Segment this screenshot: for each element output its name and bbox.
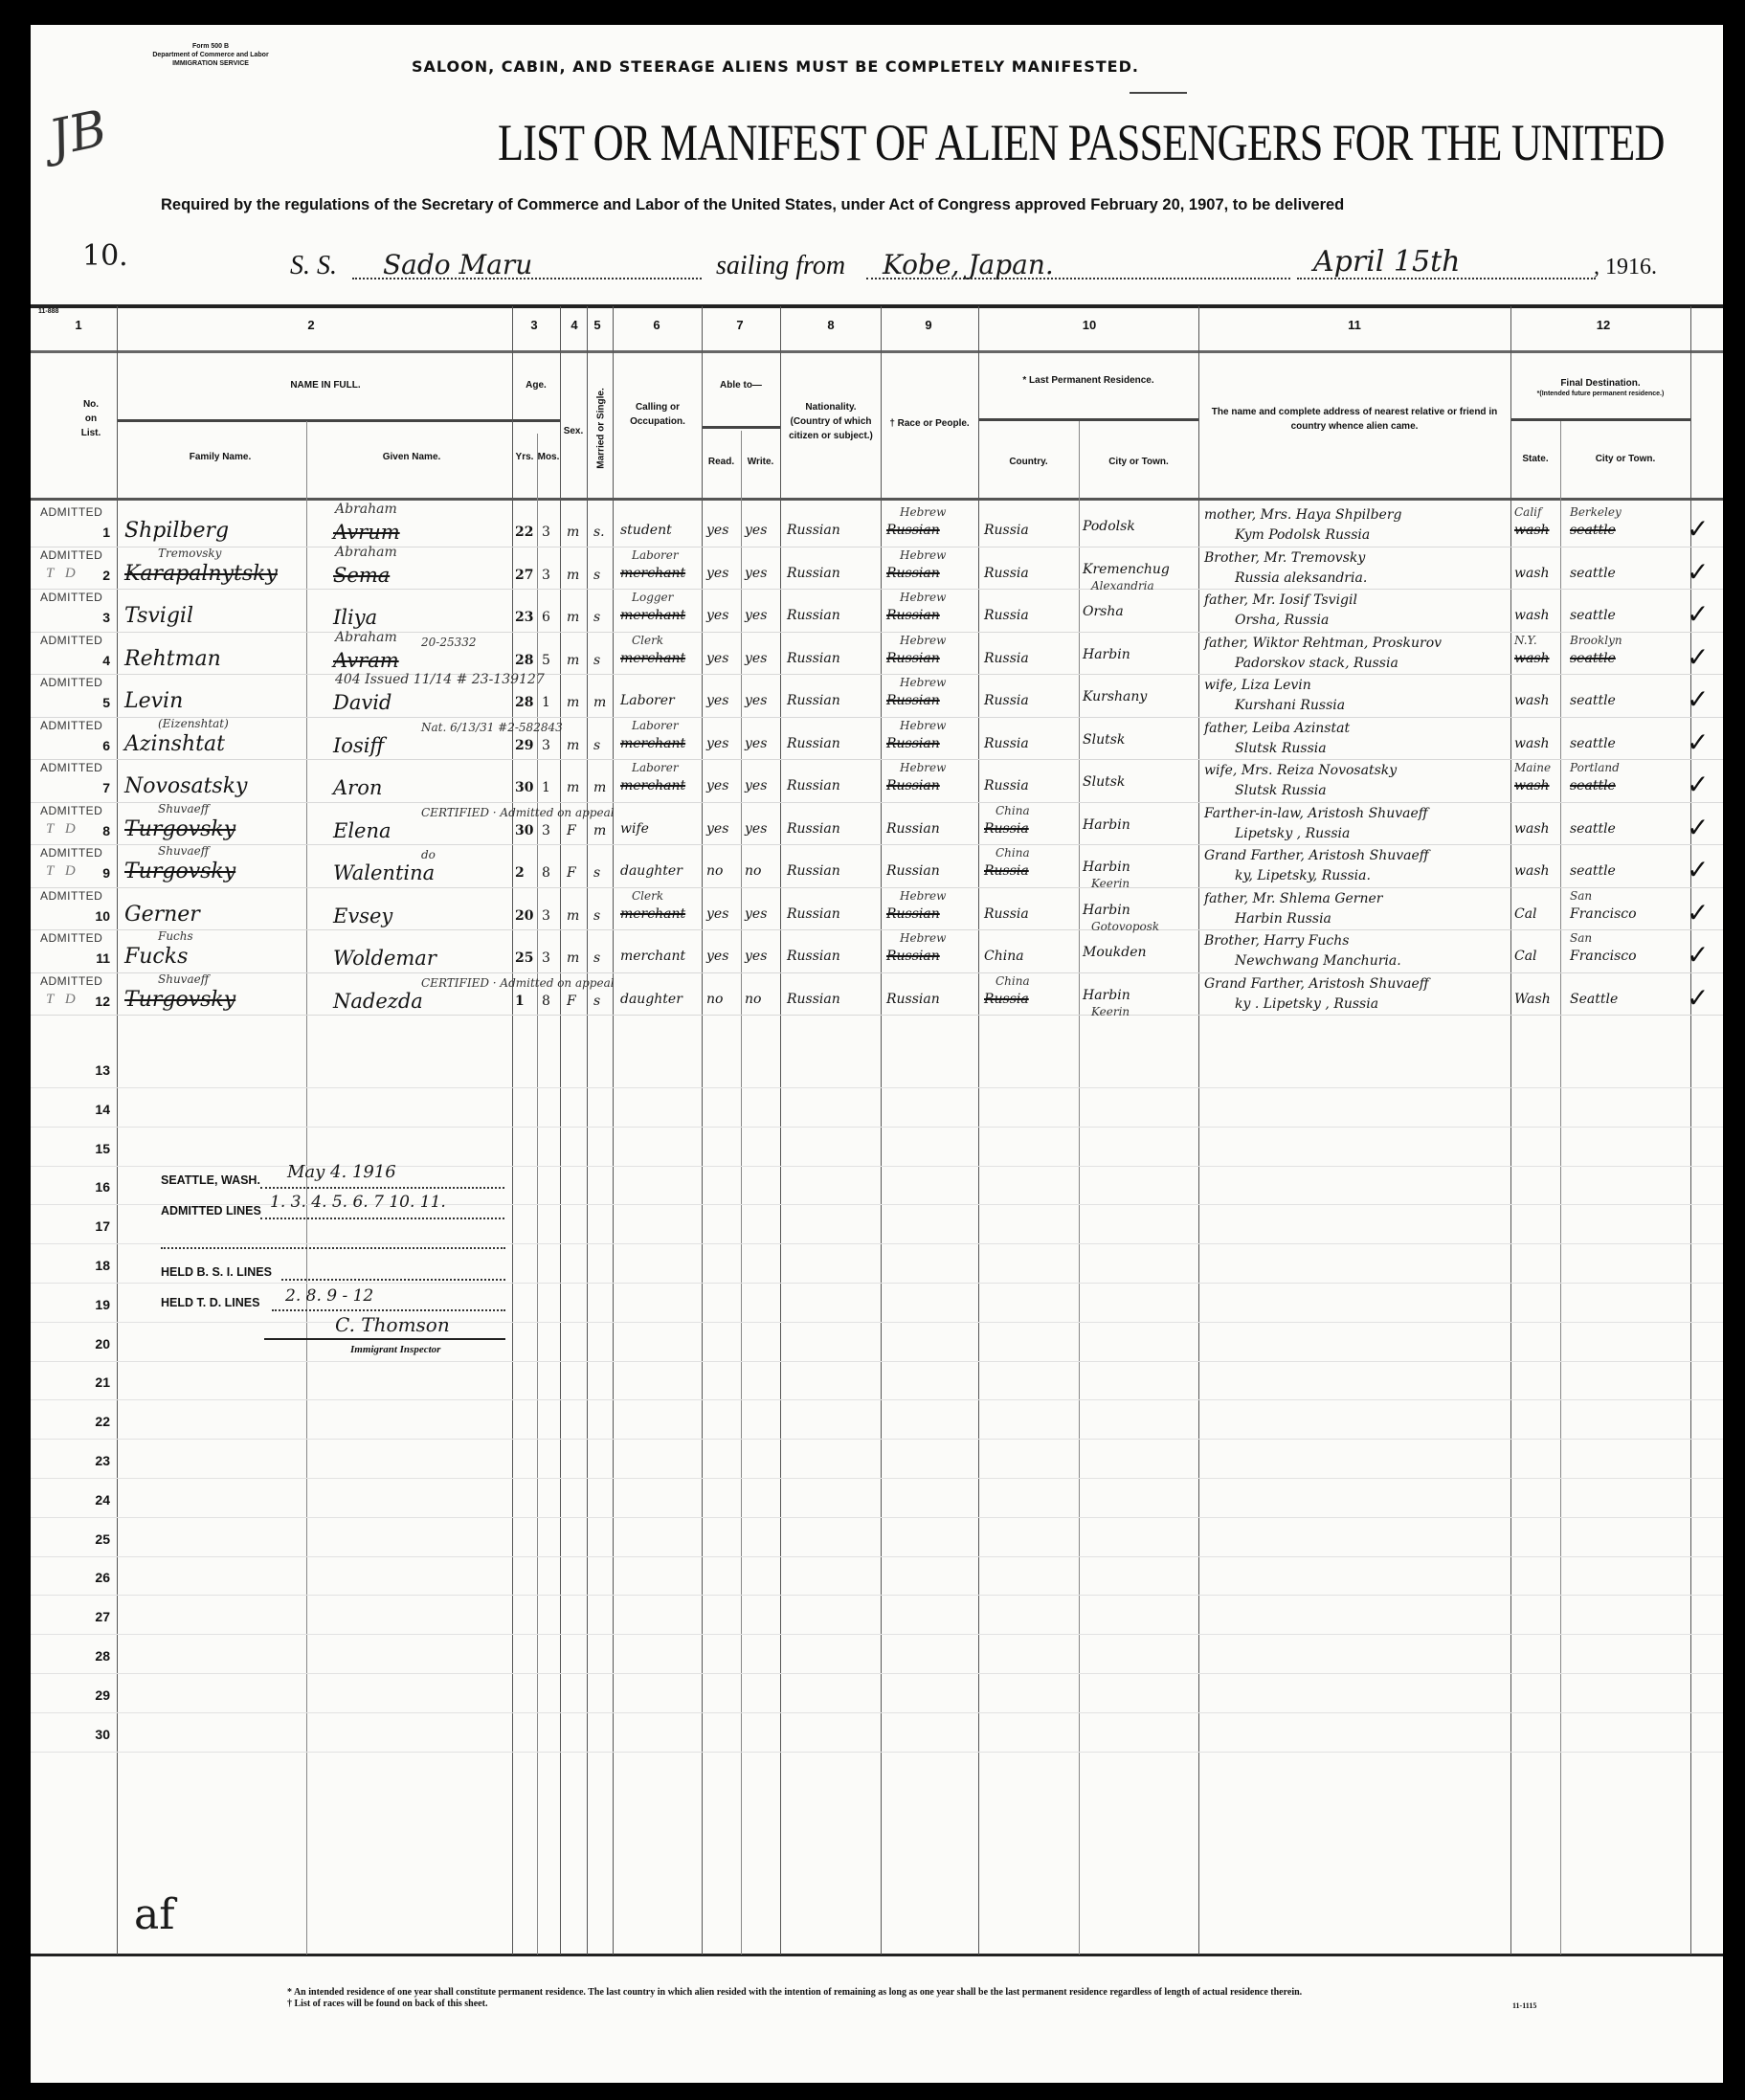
occupation: merchant: [620, 566, 685, 581]
destination-city-correction: Berkeley: [1570, 505, 1622, 519]
header-age: Age.: [512, 378, 560, 392]
destination-state: wash: [1514, 821, 1550, 837]
line-number: 20: [81, 1336, 110, 1352]
line-number: 18: [81, 1258, 110, 1273]
relative-address: Slutsk Russia: [1235, 741, 1327, 756]
row-divider: [31, 547, 1723, 547]
check-mark-icon: ✓: [1687, 939, 1709, 971]
row-divider: [31, 1673, 1723, 1674]
line-number: 19: [81, 1297, 110, 1312]
race: Russian: [886, 523, 940, 538]
destination-city-correction: Portland: [1570, 761, 1620, 774]
col-divider: [881, 306, 882, 1955]
sex: m: [567, 695, 579, 710]
status-stamp: ADMITTED: [40, 931, 102, 945]
table-top-border: [31, 304, 1723, 308]
age-years: 29: [515, 738, 533, 753]
column-number: 3: [525, 318, 544, 332]
race: Russian: [886, 949, 940, 964]
header-given-name: Given Name.: [354, 450, 469, 464]
sex: m: [567, 525, 579, 540]
col-divider: [978, 306, 979, 1955]
family-name: Shpilberg: [124, 519, 229, 543]
line-number: 24: [81, 1492, 110, 1508]
sex: m: [567, 610, 579, 625]
can-read: yes: [706, 906, 728, 922]
race: Russian: [886, 651, 940, 666]
check-mark-icon: ✓: [1687, 812, 1709, 843]
destination-city: seattle: [1570, 821, 1616, 837]
row-divider: [31, 759, 1723, 760]
destination-state: Cal: [1514, 906, 1537, 922]
line-number: 23: [81, 1453, 110, 1468]
residence-city: Moukden: [1083, 945, 1147, 960]
relative-address: ky . Lipetsky , Russia: [1235, 996, 1378, 1012]
manifest-banner: SALOON, CABIN, AND STEERAGE ALIENS MUST …: [412, 57, 1139, 76]
line-number: 30: [81, 1727, 110, 1742]
row-divider: [31, 929, 1723, 930]
residence-city: Harbin: [1083, 988, 1130, 1003]
held-td-label: HELD T. D. LINES: [161, 1296, 259, 1309]
header-yrs: Yrs.: [512, 450, 537, 464]
check-mark-icon: ✓: [1687, 513, 1709, 545]
header-calling: Calling or Occupation.: [620, 400, 695, 429]
relative-name: Grand Farther, Aristosh Shuvaeff: [1204, 976, 1429, 992]
row-divider: [31, 1399, 1723, 1400]
occupation: merchant: [620, 651, 685, 666]
age-years: 2: [515, 865, 525, 881]
name-subheader-rule: [117, 419, 560, 422]
can-read: yes: [706, 608, 728, 623]
destination-city-correction: Brooklyn: [1570, 634, 1622, 647]
sex: F: [567, 865, 576, 881]
row-divider: [31, 1283, 1723, 1284]
age-years: 22: [515, 525, 533, 540]
age-months: 3: [542, 525, 550, 540]
status-stamp: ADMITTED: [40, 889, 102, 903]
age-months: 3: [542, 950, 550, 966]
relative-name: Farther-in-law, Aristosh Shuvaeff: [1204, 806, 1428, 821]
age-months: 3: [542, 908, 550, 924]
status-stamp: ADMITTED: [40, 634, 102, 647]
occupation: merchant: [620, 949, 685, 964]
able-to-subheader-rule: [702, 426, 780, 429]
given-name: Evsey: [333, 905, 392, 927]
given-name: Walentina: [333, 861, 435, 884]
header-nationality-label: Nationality.: [783, 400, 879, 414]
port-date: May 4. 1916: [287, 1162, 396, 1182]
race: Russian: [886, 863, 940, 879]
row-divider: [31, 1243, 1723, 1244]
line-number: 1: [81, 525, 110, 540]
race: Russian: [886, 693, 940, 708]
can-write: yes: [745, 821, 767, 837]
age-years: 30: [515, 780, 533, 795]
marital-status: m: [593, 780, 606, 795]
sex: m: [567, 780, 579, 795]
annotation: do: [421, 848, 436, 861]
line-number: 17: [81, 1218, 110, 1234]
occupation: merchant: [620, 906, 685, 922]
residence-city-note: Alexandria: [1091, 579, 1154, 592]
age-years: 28: [515, 695, 533, 710]
can-read: yes: [706, 651, 728, 666]
col-divider: [1079, 421, 1080, 1955]
occupation: wife: [620, 821, 649, 837]
age-months: 3: [542, 738, 550, 753]
col-divider: [613, 306, 614, 1955]
line-number: 22: [81, 1414, 110, 1429]
admitted-lines-extra: [161, 1247, 505, 1249]
check-mark-icon: ✓: [1687, 854, 1709, 885]
row-divider: [31, 589, 1723, 590]
age-months: 1: [542, 695, 550, 710]
line-number: 9: [81, 865, 110, 881]
relative-name: father, Wiktor Rehtman, Proskurov: [1204, 636, 1442, 651]
can-read: yes: [706, 778, 728, 793]
occupation-correction: Clerk: [632, 634, 663, 647]
country-correction: China: [996, 804, 1030, 817]
status-stamp: ADMITTED: [40, 719, 102, 732]
residence-city: Harbin: [1083, 903, 1130, 918]
residence-country: Russia: [984, 651, 1029, 666]
residence-country: Russia: [984, 992, 1029, 1007]
marital-status: s.: [593, 525, 605, 540]
column-number: 1: [59, 318, 98, 332]
form-number: Form 500 B: [124, 42, 297, 51]
sailing-from-port: Kobe, Japan.: [883, 249, 1054, 280]
line-number: 25: [81, 1531, 110, 1547]
status-stamp: ADMITTED: [40, 591, 102, 604]
row-divider: [31, 632, 1723, 633]
residence-country: China: [984, 949, 1024, 964]
can-read: no: [706, 992, 723, 1007]
can-read: yes: [706, 949, 728, 964]
family-name: Turgovsky: [124, 988, 235, 1012]
race: Russian: [886, 566, 940, 581]
given-name: Woldemar: [333, 947, 436, 970]
residence-city: Slutsk: [1083, 774, 1125, 790]
sailing-year: , 1916.: [1594, 255, 1657, 280]
residence-country: Russia: [984, 821, 1029, 837]
row-divider: [31, 1166, 1723, 1167]
race-correction: Hebrew: [900, 548, 946, 562]
admitted-lines-label: ADMITTED LINES: [161, 1204, 261, 1218]
can-read: yes: [706, 523, 728, 538]
header-dest-city: City or Town.: [1560, 452, 1690, 466]
destination-city: seattle: [1570, 523, 1616, 538]
row-divider: [31, 717, 1723, 718]
residence-city: Slutsk: [1083, 732, 1125, 748]
destination-city-correction: San: [1570, 931, 1592, 945]
given-name: Aron: [333, 776, 382, 799]
col-divider: [512, 306, 513, 1955]
marital-status: s: [593, 865, 600, 881]
held-td-line: [272, 1309, 505, 1311]
margin-initials: JB: [44, 101, 111, 168]
row-divider: [31, 1015, 1723, 1016]
family-name: Fucks: [124, 945, 188, 969]
given-name: Nadezda: [333, 990, 423, 1013]
occupation: merchant: [620, 736, 685, 751]
held-bsi-line: [281, 1279, 505, 1281]
relative-address: Padorskov stack, Russia: [1235, 656, 1398, 671]
header-write: Write.: [741, 455, 780, 469]
residence-subheader-rule: [978, 418, 1198, 421]
can-read: yes: [706, 693, 728, 708]
line-number: 4: [81, 653, 110, 668]
given-name: Avrum: [333, 521, 400, 544]
sex: m: [567, 950, 579, 966]
destination-city: seattle: [1570, 778, 1616, 793]
status-stamp: ADMITTED: [40, 676, 102, 689]
given-name: Avram: [333, 649, 399, 672]
column-number: 7: [730, 318, 749, 332]
destination-city: seattle: [1570, 608, 1616, 623]
relative-address: Slutsk Russia: [1235, 783, 1327, 798]
row-divider: [31, 1439, 1723, 1440]
line-number: 2: [81, 568, 110, 583]
age-years: 28: [515, 653, 533, 668]
race: Russian: [886, 778, 940, 793]
given-name: Iosiff: [333, 734, 384, 757]
row-divider: [31, 1752, 1723, 1753]
country-correction: China: [996, 846, 1030, 860]
race-correction: Hebrew: [900, 719, 946, 732]
age-years: 25: [515, 950, 533, 966]
given-name: Iliya: [333, 606, 377, 629]
header-final-destination-note: *(Intended future permanent residence.): [1510, 391, 1690, 398]
column-number: 11: [1340, 318, 1369, 332]
marital-status: s: [593, 908, 600, 924]
age-months: 3: [542, 823, 550, 838]
occupation: Laborer: [620, 693, 675, 708]
destination-state: wash: [1514, 736, 1550, 751]
status-stamp: ADMITTED: [40, 505, 102, 519]
destination-state: Cal: [1514, 949, 1537, 964]
can-read: no: [706, 863, 723, 879]
residence-country: Russia: [984, 778, 1029, 793]
race-correction: Hebrew: [900, 676, 946, 689]
relative-name: wife, Liza Levin: [1204, 678, 1311, 693]
line-number: 15: [81, 1141, 110, 1156]
family-name: Rehtman: [124, 647, 221, 671]
header-no-on-list: No. on List.: [77, 397, 105, 440]
residence-city: Orsha: [1083, 604, 1124, 619]
column-number: 8: [821, 318, 840, 332]
ship-name: Sado Maru: [383, 249, 532, 280]
nationality: Russian: [787, 778, 840, 793]
annotation: 20-25332: [421, 636, 477, 649]
td-stamp: T D: [46, 566, 79, 582]
relative-name: Grand Farther, Aristosh Shuvaeff: [1204, 848, 1429, 863]
residence-country: Russia: [984, 906, 1029, 922]
marital-status: s: [593, 610, 600, 625]
occupation: daughter: [620, 863, 682, 879]
can-write: yes: [745, 949, 767, 964]
row-divider: [31, 1712, 1723, 1713]
nationality: Russian: [787, 693, 840, 708]
header-country: Country.: [978, 455, 1079, 469]
inspector-signature: C. Thomson: [335, 1313, 450, 1336]
can-write: yes: [745, 651, 767, 666]
column-number: 12: [1589, 318, 1618, 332]
relative-address: Orsha, Russia: [1235, 613, 1329, 628]
destination-city: seattle: [1570, 651, 1616, 666]
sex: m: [567, 738, 579, 753]
check-mark-icon: ✓: [1687, 641, 1709, 673]
column-number-divider: [31, 350, 1723, 353]
status-stamp: ADMITTED: [40, 761, 102, 774]
family-name-correction: Tremovsky: [158, 547, 221, 560]
given-name-correction: Abraham: [335, 630, 397, 645]
relative-address: Newchwang Manchuria.: [1235, 953, 1401, 969]
line-number: 5: [81, 695, 110, 710]
sheet-number: 10.: [82, 239, 128, 273]
annotation: Nat. 6/13/31 #2-582843: [421, 721, 563, 734]
state-correction: N.Y.: [1514, 634, 1537, 647]
header-race: † Race or People.: [883, 416, 976, 431]
relative-address: ky, Lipetsky, Russia.: [1235, 868, 1371, 883]
destination-city: Francisco: [1570, 906, 1637, 922]
row-divider: [31, 887, 1723, 888]
occupation-correction: Laborer: [632, 548, 679, 562]
race: Russian: [886, 992, 940, 1007]
col-divider: [537, 434, 538, 1955]
family-name: Azinshtat: [124, 732, 225, 756]
col-divider: [117, 306, 118, 1955]
line-number: 28: [81, 1648, 110, 1664]
col-divider: [780, 306, 781, 1955]
row-divider: [31, 1556, 1723, 1557]
relative-name: wife, Mrs. Reiza Novosatsky: [1204, 763, 1397, 778]
header-able-to: Able to—: [702, 378, 780, 392]
given-name-correction: 404 Issued 11/14 # 23-139127: [335, 672, 545, 687]
occupation: merchant: [620, 608, 685, 623]
line-number: 3: [81, 610, 110, 625]
occupation: merchant: [620, 778, 685, 793]
line-number: 21: [81, 1374, 110, 1390]
age-months: 3: [542, 568, 550, 583]
header-read: Read.: [702, 455, 741, 469]
td-stamp: T D: [46, 863, 79, 880]
residence-city: Harbin: [1083, 817, 1130, 833]
row-divider: [31, 674, 1723, 675]
row-divider: [31, 1478, 1723, 1479]
age-years: 27: [515, 568, 533, 583]
residence-country: Russia: [984, 608, 1029, 623]
race-correction: Hebrew: [900, 634, 946, 647]
destination-state: Wash: [1514, 992, 1551, 1007]
can-write: no: [745, 863, 761, 879]
can-write: yes: [745, 906, 767, 922]
page-title: LIST OR MANIFEST OF ALIEN PASSENGERS FOR…: [498, 113, 1665, 172]
age-months: 8: [542, 865, 550, 881]
sex: F: [567, 823, 576, 838]
sex: m: [567, 908, 579, 924]
residence-city-note: Keerin: [1091, 1005, 1130, 1018]
form-service: IMMIGRATION SERVICE: [124, 59, 297, 68]
nationality: Russian: [787, 566, 840, 581]
line-number: 29: [81, 1687, 110, 1703]
family-name-correction: Fuchs: [158, 929, 193, 943]
row-divider: [31, 802, 1723, 803]
admitted-lines-line: [260, 1218, 504, 1219]
line-number: 16: [81, 1179, 110, 1195]
row-divider: [31, 844, 1723, 845]
check-mark-icon: ✓: [1687, 769, 1709, 800]
residence-country: Russia: [984, 523, 1029, 538]
family-name: Tsvigil: [124, 604, 193, 628]
relative-address: Harbin Russia: [1235, 911, 1331, 927]
status-stamp: ADMITTED: [40, 548, 102, 562]
age-months: 5: [542, 653, 550, 668]
race: Russian: [886, 608, 940, 623]
status-stamp: ADMITTED: [40, 804, 102, 817]
bottom-mark: af: [134, 1890, 175, 1939]
destination-state: wash: [1514, 523, 1550, 538]
nationality: Russian: [787, 863, 840, 879]
race: Russian: [886, 736, 940, 751]
divider: [1130, 92, 1187, 94]
relative-name: Brother, Harry Fuchs: [1204, 933, 1349, 949]
marital-status: s: [593, 568, 600, 583]
line-number: 7: [81, 780, 110, 795]
family-name: Gerner: [124, 903, 200, 927]
page-subtitle: Required by the regulations of the Secre…: [161, 196, 1344, 214]
col-divider: [702, 306, 703, 1955]
residence-city: Kremenchug: [1083, 562, 1170, 577]
td-stamp: T D: [46, 821, 79, 838]
check-mark-icon: ✓: [1687, 556, 1709, 588]
destination-state: wash: [1514, 651, 1550, 666]
top-left-code: 11-888: [38, 308, 58, 315]
column-number: 9: [919, 318, 938, 332]
given-name: Elena: [333, 819, 392, 842]
age-years: 20: [515, 908, 533, 924]
sex: m: [567, 568, 579, 583]
port-date-line: [260, 1187, 504, 1189]
marital-status: s: [593, 653, 600, 668]
line-number: 8: [81, 823, 110, 838]
header-mos: Mos.: [537, 450, 560, 464]
can-write: yes: [745, 566, 767, 581]
destination-city: Seattle: [1570, 992, 1618, 1007]
race-correction: Hebrew: [900, 931, 946, 945]
relative-address: Lipetsky , Russia: [1235, 826, 1350, 841]
destination-state: wash: [1514, 778, 1550, 793]
header-relative: The name and complete address of nearest…: [1206, 405, 1503, 434]
header-city: City or Town.: [1079, 455, 1198, 469]
family-name: Karapalnytsky: [124, 562, 278, 586]
age-years: 30: [515, 823, 533, 838]
status-stamp: ADMITTED: [40, 974, 102, 988]
admitted-lines-value: 1. 3. 4. 5. 6. 7 10. 11.: [270, 1193, 446, 1212]
relative-name: Brother, Mr. Tremovsky: [1204, 550, 1365, 566]
residence-city: Kurshany: [1083, 689, 1147, 704]
residence-country: Russia: [984, 863, 1029, 879]
footnote-races: † List of races will be found on back of…: [287, 1999, 487, 2009]
can-write: no: [745, 992, 761, 1007]
can-write: yes: [745, 523, 767, 538]
family-name-correction: Shuvaeff: [158, 802, 209, 815]
row-divider: [31, 1595, 1723, 1596]
line-number: 27: [81, 1609, 110, 1624]
occupation-correction: Laborer: [632, 719, 679, 732]
age-years: 23: [515, 610, 533, 625]
race-correction: Hebrew: [900, 761, 946, 774]
header-final-destination-label: Final Destination.: [1510, 376, 1690, 391]
